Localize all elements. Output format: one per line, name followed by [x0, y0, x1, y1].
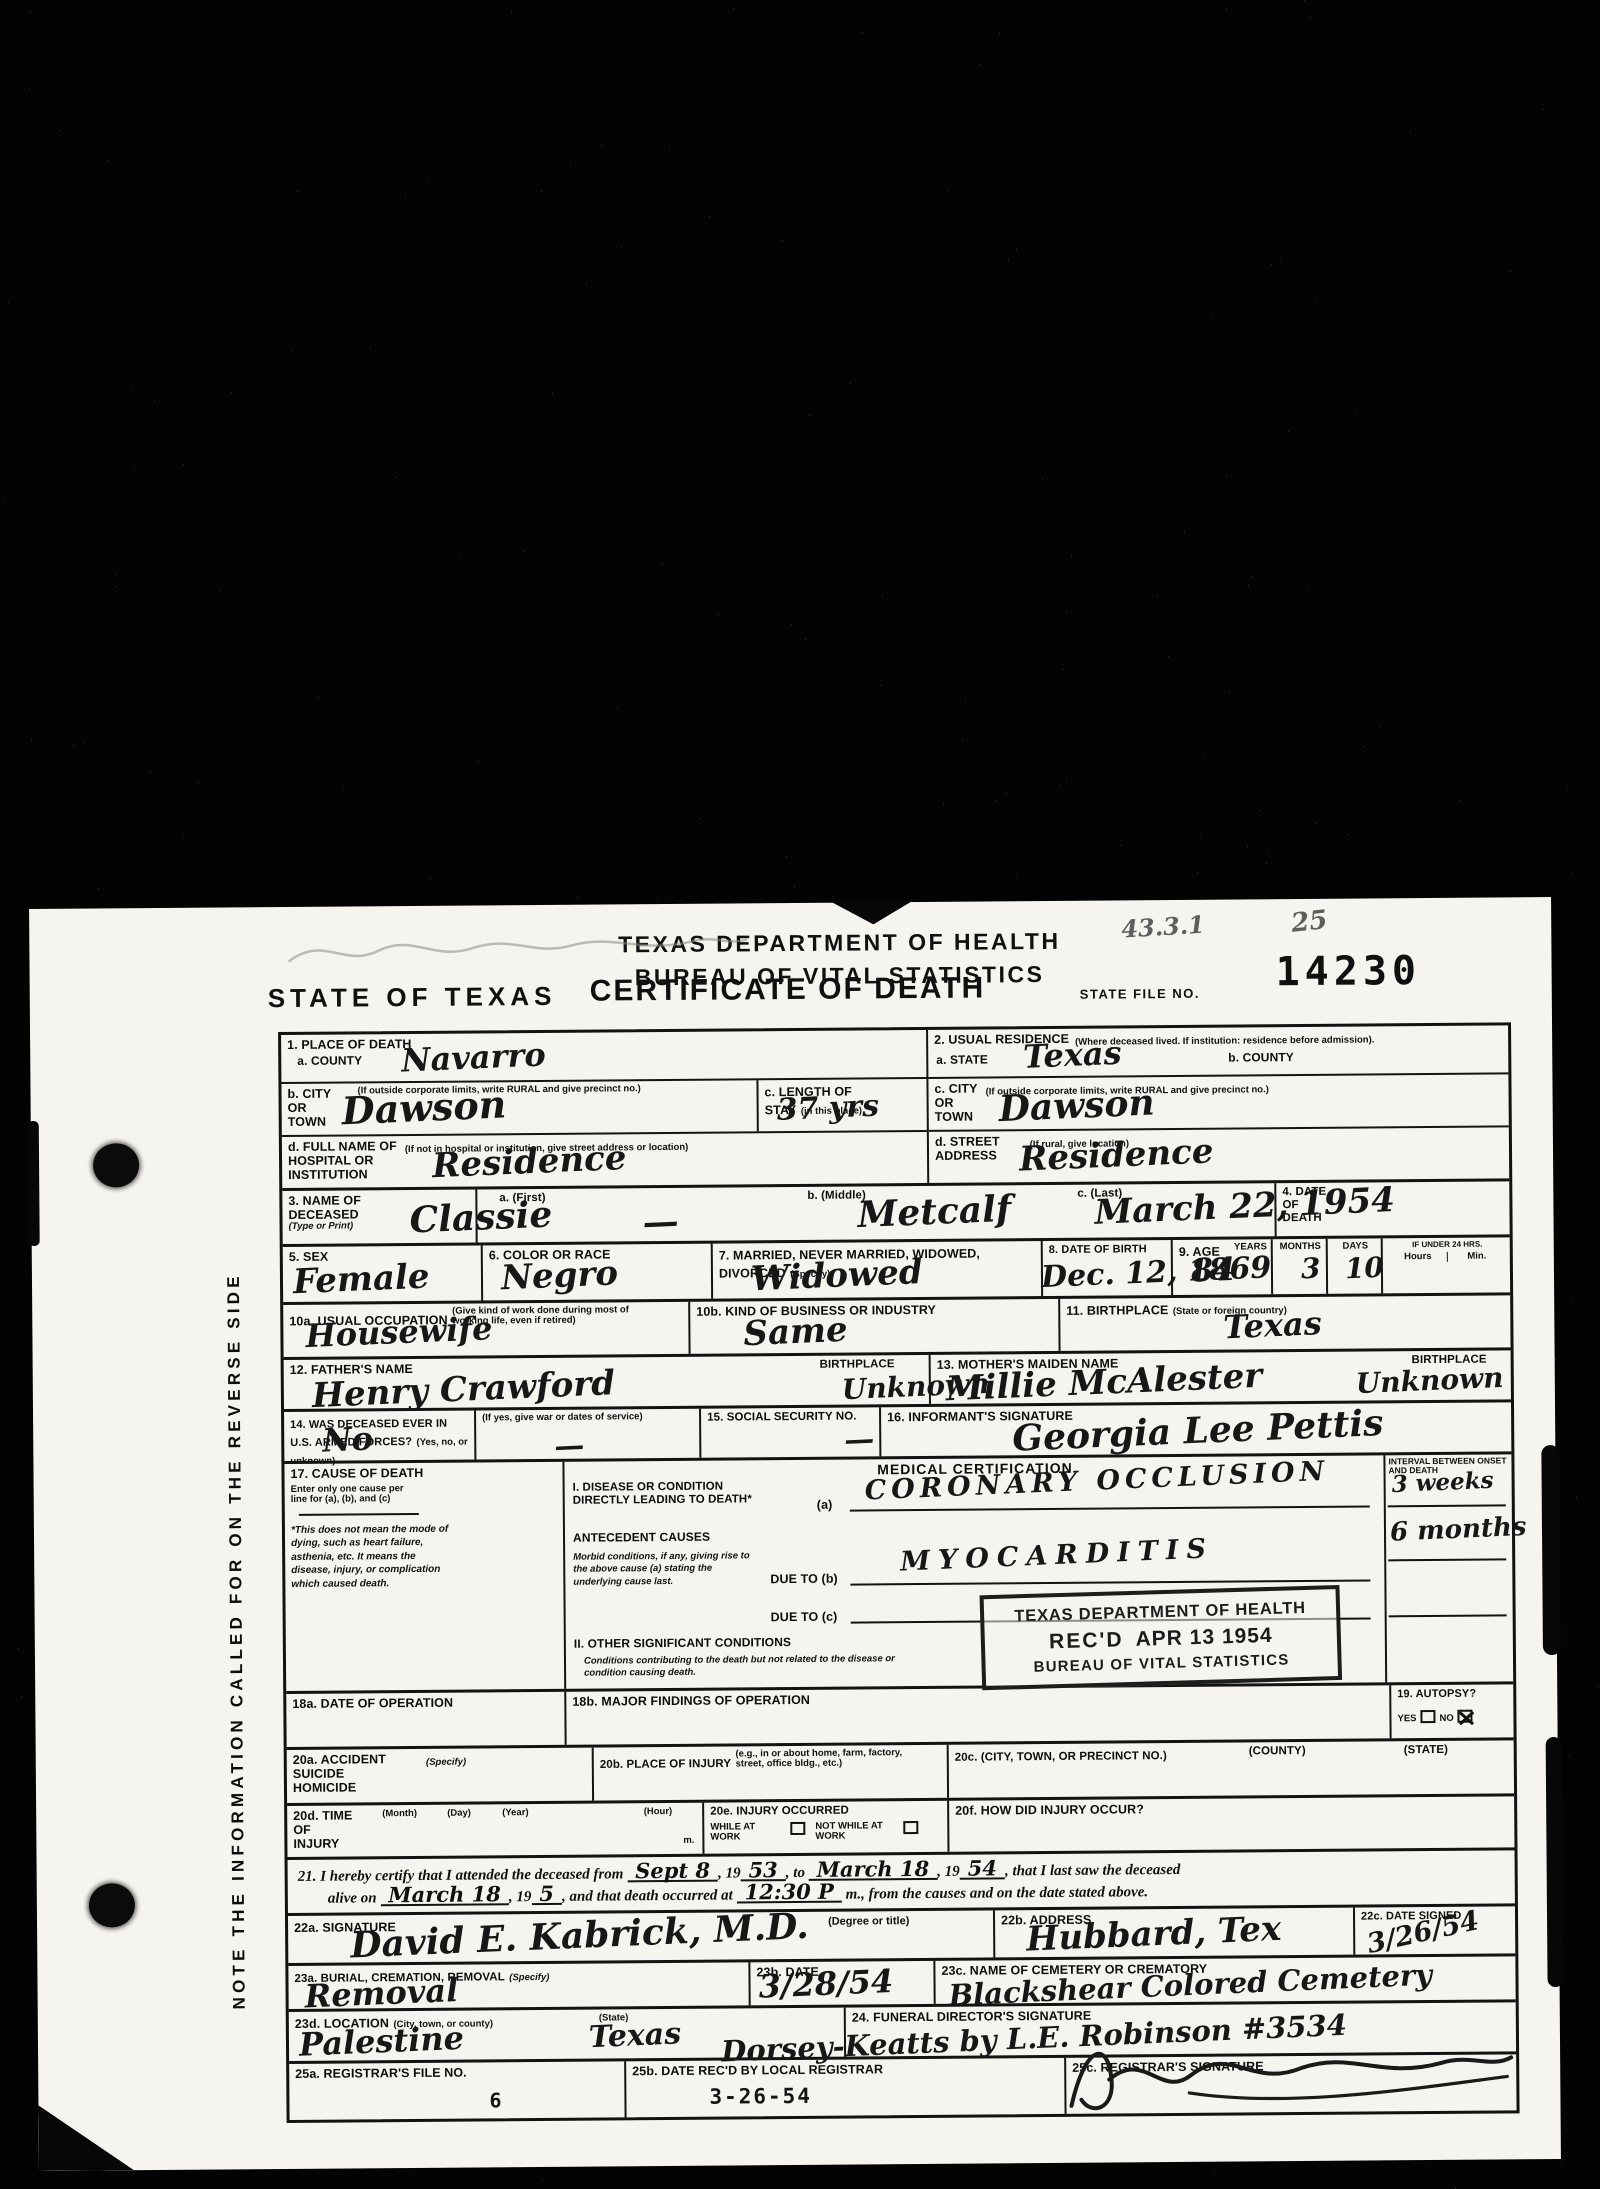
- certificate-sheet: 43.3.1 25 TEXAS DEPARTMENT OF HEALTH BUR…: [29, 897, 1561, 2171]
- residence-city-label: c. CITY OR TOWN: [934, 1082, 977, 1124]
- not-while-at-work-label: NOT WHILE AT WORK: [815, 1821, 893, 1842]
- field-2a-2b: 2. USUAL RESIDENCE (Where deceased lived…: [928, 1025, 1508, 1079]
- injury-county-label: (COUNTY): [1249, 1745, 1306, 1758]
- hour-label: (Hour): [644, 1807, 673, 1818]
- degree-note: (Degree or title): [828, 1915, 909, 1928]
- cert-19c: , 19: [509, 1889, 532, 1905]
- street-label: d. STREET ADDRESS: [935, 1134, 1000, 1163]
- received-stamp: TEXAS DEPARTMENT OF HEALTH REC'DAPR 13 1…: [980, 1585, 1343, 1690]
- injury-occurred-options: WHILE AT WORK NOT WHILE AT WORK: [710, 1821, 943, 1844]
- section-usual-residence: 2. USUAL RESIDENCE (Where deceased lived…: [928, 1025, 1509, 1183]
- county-value: Navarro: [401, 1038, 547, 1076]
- field-9-under-24: IF UNDER 24 HRS. Hours Min.: [1383, 1237, 1510, 1293]
- mother-birthplace-value: Unknown: [1355, 1364, 1504, 1398]
- city-label: b. CITY OR TOWN: [287, 1087, 331, 1129]
- row-place-residence: 1. PLACE OF DEATH a. COUNTY Navarro b. C…: [281, 1025, 1509, 1191]
- disease-label: I. DISEASE OR CONDITION DIRECTLY LEADING…: [573, 1480, 752, 1507]
- year-label: (Year): [502, 1808, 528, 1819]
- location-state-value: Texas: [588, 2019, 681, 2053]
- residence-state-value: Texas: [1023, 1037, 1123, 1073]
- physician-address-value: Hubbard, Tex: [1026, 1912, 1282, 1957]
- service-note: (If yes, give war or dates of service): [482, 1412, 695, 1424]
- scan-artifact: [1541, 1445, 1561, 1655]
- row-name: 3. NAME OF DECEASED (Type or Print) a. (…: [282, 1181, 1509, 1247]
- cert-text-3: , that I last saw the deceased: [1005, 1862, 1181, 1879]
- interval-a-value: 3 weeks: [1391, 1469, 1494, 1496]
- field-20d-time-of-injury: 20d. TIME OF INJURY (Month) (Day) (Year)…: [287, 1803, 704, 1857]
- first-name-value: Classie: [409, 1196, 553, 1238]
- city-value: Dawson: [341, 1085, 507, 1130]
- certificate-form: 1. PLACE OF DEATH a. COUNTY Navarro b. C…: [278, 1022, 1520, 2123]
- field-18a-date-of-operation: 18a. DATE OF OPERATION: [286, 1692, 566, 1747]
- findings-label: 18b. MAJOR FINDINGS OF OPERATION: [572, 1688, 1385, 1708]
- cert-death-time: 12:30 P: [736, 1882, 841, 1903]
- stamp-recd: REC'D: [1049, 1628, 1124, 1653]
- accident-note: (Specify): [426, 1758, 466, 1769]
- section-place-of-death: 1. PLACE OF DEATH a. COUNTY Navarro b. C…: [281, 1030, 929, 1188]
- field-1a-county: 1. PLACE OF DEATH a. COUNTY Navarro: [281, 1030, 926, 1084]
- other-conditions-label: II. OTHER SIGNIFICANT CONDITIONS: [574, 1636, 791, 1651]
- birthplace-value: Texas: [1223, 1307, 1323, 1343]
- time-of-injury-label: 20d. TIME OF INJURY: [293, 1808, 353, 1850]
- hospital-label: d. FULL NAME OF HOSPITAL OR INSTITUTION: [288, 1139, 397, 1182]
- row-occupation: 10a. USUAL OCCUPATION (Give kind of work…: [283, 1295, 1510, 1360]
- how-injury-label: 20f. HOW DID INJURY OCCUR?: [955, 1799, 1510, 1817]
- registrar-signature-scribble: [1049, 2016, 1520, 2128]
- field-1c-length-of-stay: c. LENGTH OF STAY (in this place) 37 yrs: [758, 1079, 926, 1131]
- last-name-value: Metcalf: [857, 1191, 1012, 1234]
- accident-label: 20a. ACCIDENT SUICIDE HOMICIDE: [293, 1752, 387, 1795]
- row-operation: 18a. DATE OF OPERATION 18b. MAJOR FINDIN…: [286, 1684, 1513, 1750]
- while-at-work-checkbox: [790, 1822, 805, 1835]
- row-certification: 21. I hereby certify that I attended the…: [288, 1850, 1515, 1916]
- age-months-value: 3: [1300, 1255, 1321, 1284]
- field-1b-city: b. CITY OR TOWN (If outside corporate li…: [281, 1080, 758, 1135]
- sex-value: Female: [292, 1259, 430, 1299]
- other-conditions-note: Conditions contributing to the death but…: [584, 1653, 924, 1680]
- under-24-label: IF UNDER 24 HRS.: [1389, 1240, 1506, 1250]
- hours-minutes-group: Hours Min.: [1389, 1251, 1506, 1262]
- field-25b-date-recd: 25b. DATE REC'D BY LOCAL REGISTRAR: [626, 2058, 1066, 2117]
- registrar-file-value: 6: [489, 2088, 501, 2112]
- state-file-no-value: 14230: [1275, 948, 1421, 995]
- cert-alive-date: March 18: [380, 1885, 509, 1906]
- field-20f-how-injury: 20f. HOW DID INJURY OCCUR?: [949, 1796, 1514, 1851]
- age-days-value: 10: [1344, 1254, 1384, 1284]
- birthplace-label: 11. BIRTHPLACE: [1066, 1303, 1168, 1318]
- race-value: Negro: [500, 1256, 618, 1295]
- autopsy-yes-label: YES: [1397, 1713, 1416, 1724]
- pencil-scribble: [284, 925, 754, 974]
- field-20c-injury-city: 20c. (CITY, TOWN, OR PRECINCT NO.) (COUN…: [949, 1740, 1514, 1797]
- cause-label: 17. CAUSE OF DEATH: [290, 1465, 558, 1481]
- header-state-of-texas: STATE OF TEXAS: [268, 981, 557, 1014]
- month-label: (Month): [382, 1809, 417, 1820]
- row-registrar: 25a. REGISTRAR'S FILE NO. 25b. DATE REC'…: [289, 2054, 1516, 2120]
- date-of-operation-label: 18a. DATE OF OPERATION: [292, 1695, 560, 1711]
- location-city-value: Palestine: [298, 2022, 464, 2061]
- torn-corner: [38, 2090, 134, 2171]
- cert-19a: , 19: [718, 1865, 741, 1881]
- meridiem-label: m.: [683, 1835, 694, 1846]
- scan-artifact: [28, 1121, 40, 1246]
- scan-artifact: [1546, 1737, 1564, 1987]
- cert-alive-year: 5: [531, 1885, 562, 1905]
- row-injury-place: 20a. ACCIDENT SUICIDE HOMICIDE (Specify)…: [287, 1740, 1514, 1806]
- scanned-microfilm-photo: 43.3.1 25 TEXAS DEPARTMENT OF HEALTH BUR…: [0, 0, 1600, 2189]
- business-value: Same: [743, 1313, 849, 1351]
- field-2d-street: d. STREET ADDRESS (If rural, give locati…: [929, 1127, 1509, 1183]
- burial-note: (Specify): [509, 1972, 549, 1983]
- punch-hole-top: [93, 1143, 139, 1187]
- cert-to-year: 54: [960, 1859, 1005, 1879]
- service-value: —: [554, 1431, 585, 1462]
- state-file-no-label: STATE FILE NO.: [1080, 986, 1200, 1002]
- cert-text-5: m., from the causes and on the date stat…: [846, 1884, 1149, 1902]
- field-2c-city: c. CITY OR TOWN (If outside corporate li…: [928, 1074, 1508, 1132]
- row-injury-time: 20d. TIME OF INJURY (Month) (Day) (Year)…: [287, 1796, 1514, 1860]
- autopsy-checkboxes: YESNO: [1397, 1708, 1509, 1727]
- day-label: (Day): [447, 1809, 471, 1820]
- autopsy-no-label: NO: [1439, 1713, 1453, 1724]
- field-1b-1c: b. CITY OR TOWN (If outside corporate li…: [281, 1079, 926, 1137]
- field-18b-findings: 18b. MAJOR FINDINGS OF OPERATION: [566, 1685, 1391, 1744]
- interval-b-value: 6 months: [1389, 1514, 1526, 1546]
- page-title: CERTIFICATE OF DEATH: [590, 971, 986, 1008]
- age-years-value: 84: [1190, 1253, 1236, 1287]
- residence-city-value: Dawson: [998, 1085, 1155, 1128]
- registrar-recd-date-value: 3-26-54: [709, 2084, 812, 2109]
- autopsy-yes-checkbox: [1420, 1710, 1435, 1723]
- line-a-prefix: (a): [817, 1498, 833, 1512]
- length-of-stay-value: 37 yrs: [776, 1092, 880, 1126]
- line-b-prefix: DUE TO (b): [770, 1572, 838, 1587]
- row-personal: 5. SEX 6. COLOR OR RACE 7. MARRIED, NEVE…: [283, 1237, 1510, 1305]
- place-of-injury-label: 20b. PLACE OF INJURY: [600, 1758, 731, 1771]
- occupation-value: Housewife: [305, 1312, 493, 1352]
- hospital-value: Residence: [431, 1141, 627, 1183]
- field-1d-hospital: d. FULL NAME OF HOSPITAL OR INSTITUTION …: [282, 1132, 927, 1188]
- injury-city-label: 20c. (CITY, TOWN, OR PRECINCT NO.): [955, 1750, 1167, 1764]
- pencil-annotation: 25: [1290, 905, 1329, 939]
- armed-forces-value: No: [322, 1422, 374, 1456]
- cert-from-date: Sept 8: [627, 1862, 718, 1883]
- stamp-date: APR 13 1954: [1135, 1624, 1273, 1651]
- autopsy-no-checkbox-checked: [1458, 1710, 1473, 1723]
- registrar-file-label: 25a. REGISTRAR'S FILE NO.: [295, 2064, 620, 2081]
- hours-label: Hours: [1389, 1252, 1448, 1263]
- autopsy-label: 19. AUTOPSY?: [1397, 1687, 1509, 1700]
- usual-residence-note: (Where deceased lived. If institution: r…: [1075, 1035, 1405, 1048]
- margin-note: NOTE THE INFORMATION CALLED FOR ON THE R…: [224, 1237, 250, 2009]
- field-20e-injury-occurred: 20e. INJURY OCCURRED WHILE AT WORK NOT W…: [704, 1801, 949, 1854]
- field-19-autopsy: 19. AUTOPSY? YESNO: [1391, 1684, 1513, 1738]
- residence-state-label: a. STATE: [936, 1053, 988, 1067]
- minutes-label: Min.: [1448, 1251, 1506, 1262]
- injury-occurred-label: 20e. INJURY OCCURRED: [710, 1804, 943, 1819]
- interval-c-rule: [1388, 1564, 1506, 1617]
- place-of-injury-note: (e.g., in or about home, farm, factory, …: [735, 1748, 925, 1770]
- field-14-armed-forces: 14. WAS DECEASED EVER IN U.S. ARMED FORC…: [284, 1411, 476, 1462]
- registrar-recd-label: 25b. DATE REC'D BY LOCAL REGISTRAR: [632, 2061, 1060, 2078]
- not-while-at-work-checkbox: [903, 1821, 918, 1834]
- field-17-cause-notes: 17. CAUSE OF DEATH Enter only one cause …: [284, 1462, 566, 1691]
- cause-footnote: *This does not mean the mode of dying, s…: [291, 1523, 452, 1592]
- line-c-prefix: DUE TO (c): [771, 1610, 838, 1625]
- punch-hole-bottom: [89, 1883, 135, 1927]
- middle-name-value: —: [642, 1203, 680, 1241]
- scan-artifact: [829, 900, 914, 925]
- field-interval: INTERVAL BETWEEN ONSET AND DEATH 3 weeks…: [1385, 1454, 1513, 1682]
- certification-statement: 21. I hereby certify that I attended the…: [288, 1850, 1515, 1913]
- marital-value: Widowed: [750, 1255, 923, 1296]
- divider: [299, 1513, 419, 1516]
- field-25a-registrar-file: 25a. REGISTRAR'S FILE NO.: [289, 2061, 626, 2120]
- stamp-line-1: TEXAS DEPARTMENT OF HEALTH: [992, 1598, 1328, 1627]
- cert-19b: , 19: [937, 1864, 960, 1880]
- cause-instruction: Enter only one cause per line for (a), (…: [291, 1484, 411, 1506]
- burial-date-value: 3/28/54: [758, 1965, 894, 2003]
- cert-text-4: , and that death occurred at: [562, 1887, 733, 1904]
- cert-to-date: March 18: [809, 1860, 938, 1881]
- place-of-death-title: 1. PLACE OF DEATH: [287, 1033, 922, 1052]
- antecedent-note: Morbid conditions, if any, giving rise t…: [573, 1550, 758, 1588]
- field-14-service: (If yes, give war or dates of service): [476, 1409, 701, 1460]
- residence-county-label: b. COUNTY: [1228, 1051, 1294, 1065]
- antecedent-label: ANTECEDENT CAUSES: [573, 1531, 710, 1546]
- while-at-work-label: WHILE AT WORK: [710, 1822, 780, 1843]
- injury-state-label: (STATE): [1404, 1744, 1448, 1757]
- street-value: Residence: [1018, 1134, 1214, 1176]
- ssn-value: —: [844, 1425, 875, 1456]
- row-parents: 12. FATHER'S NAME BIRTHPLACE 13. MOTHER'…: [284, 1350, 1511, 1412]
- field-20b-place-of-injury: 20b. PLACE OF INJURY (e.g., in or about …: [594, 1745, 949, 1801]
- field-20a-accident: 20a. ACCIDENT SUICIDE HOMICIDE (Specify): [287, 1748, 594, 1803]
- dob-label: 8. DATE OF BIRTH: [1049, 1243, 1167, 1256]
- cert-text-3b: alive on: [328, 1890, 377, 1906]
- county-label: a. COUNTY: [297, 1050, 922, 1068]
- burial-value: Removal: [304, 1974, 459, 2013]
